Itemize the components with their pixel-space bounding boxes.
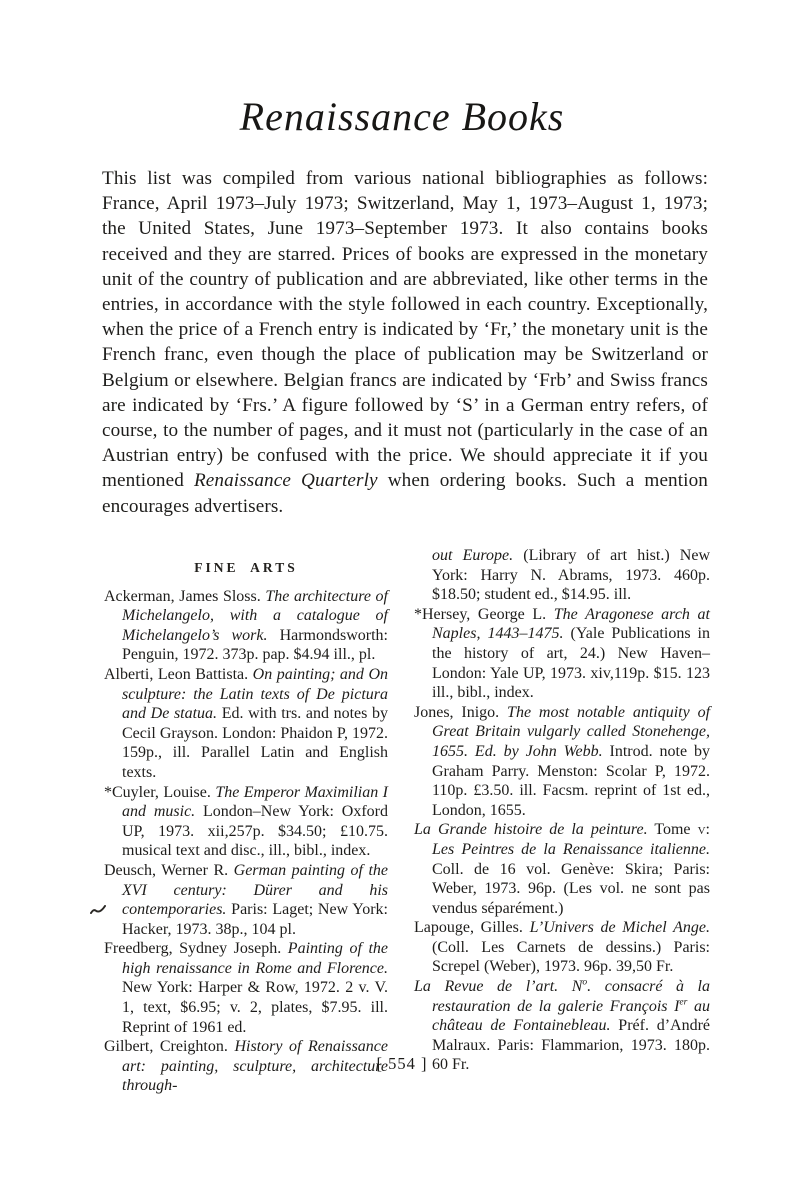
text-segment: L’Univers de Michel Ange. — [530, 919, 710, 936]
text-segment: Les Peintres de la Renaissance italienne… — [432, 841, 710, 858]
text-segment: La Revue de l’art. N — [414, 978, 582, 995]
intro-paragraph: This list was compiled from various nati… — [102, 166, 708, 519]
text-segment: Ackerman, James Sloss. — [104, 588, 265, 605]
text-segment: Gilbert, Creighton. — [104, 1038, 234, 1055]
page-title: Renaissance Books — [96, 93, 708, 140]
bib-entry: *Hersey, George L. The Aragonese arch at… — [414, 605, 710, 703]
text-segment: La Grande histoire de la peinture. — [414, 821, 648, 838]
bib-entry: Lapouge, Gilles. L’Univers de Michel Ang… — [414, 918, 710, 977]
page-number: [ 554 ] — [96, 1054, 708, 1074]
bib-entry: La Grande histoire de la peinture. Tome … — [414, 820, 710, 918]
text-segment: Renaissance Quarterly — [194, 470, 378, 491]
left-column: FINE ARTS Ackerman, James Sloss. The arc… — [104, 546, 388, 1096]
text-segment: out Europe. — [432, 547, 513, 564]
bib-entry: out Europe. (Library of art hist.) New Y… — [414, 546, 710, 605]
bib-entry: Alberti, Leon Battista. On painting; and… — [104, 665, 388, 783]
bib-entry: Jones, Inigo. The most notable antiquity… — [414, 703, 710, 821]
text-segment: Tome — [648, 821, 698, 838]
text-segment: Lapouge, Gilles. — [414, 919, 530, 936]
text-segment: This list was compiled from various nati… — [102, 168, 708, 491]
handwritten-margin-mark — [90, 904, 106, 916]
text-segment: Freedberg, Sydney Joseph. — [104, 940, 288, 957]
text-segment: : — [706, 821, 710, 838]
text-segment: *Hersey, George L. — [414, 606, 554, 623]
text-segment: Jones, Inigo. — [414, 704, 507, 721]
fine-arts-heading: FINE ARTS — [104, 546, 388, 578]
right-column-entries: out Europe. (Library of art hist.) New Y… — [414, 546, 710, 1075]
document-page: Renaissance Books This list was compiled… — [0, 0, 801, 1201]
text-segment: v — [698, 821, 706, 838]
right-column: out Europe. (Library of art hist.) New Y… — [414, 546, 710, 1096]
text-segment: Coll. de 16 vol. Genève: Skira; Paris: W… — [432, 861, 710, 917]
bib-entry: Ackerman, James Sloss. The architecture … — [104, 587, 388, 665]
text-segment: *Cuyler, Louise. — [104, 784, 215, 801]
text-segment: New York: Harper & Row, 1972. 2 v. V. 1,… — [122, 979, 388, 1035]
bib-entry: *Cuyler, Louise. The Emperor Maximilian … — [104, 783, 388, 861]
bib-entry: Freedberg, Sydney Joseph. Painting of th… — [104, 939, 388, 1037]
text-segment: Alberti, Leon Battista. — [104, 666, 253, 683]
text-segment: Deusch, Werner R. — [104, 862, 234, 879]
bib-entry: Deusch, Werner R. German painting of the… — [104, 861, 388, 939]
text-segment: (Coll. Les Carnets de dessins.) Paris: S… — [432, 939, 710, 976]
left-column-entries: Ackerman, James Sloss. The architecture … — [104, 587, 388, 1096]
bibliography-columns: FINE ARTS Ackerman, James Sloss. The arc… — [104, 546, 710, 1096]
